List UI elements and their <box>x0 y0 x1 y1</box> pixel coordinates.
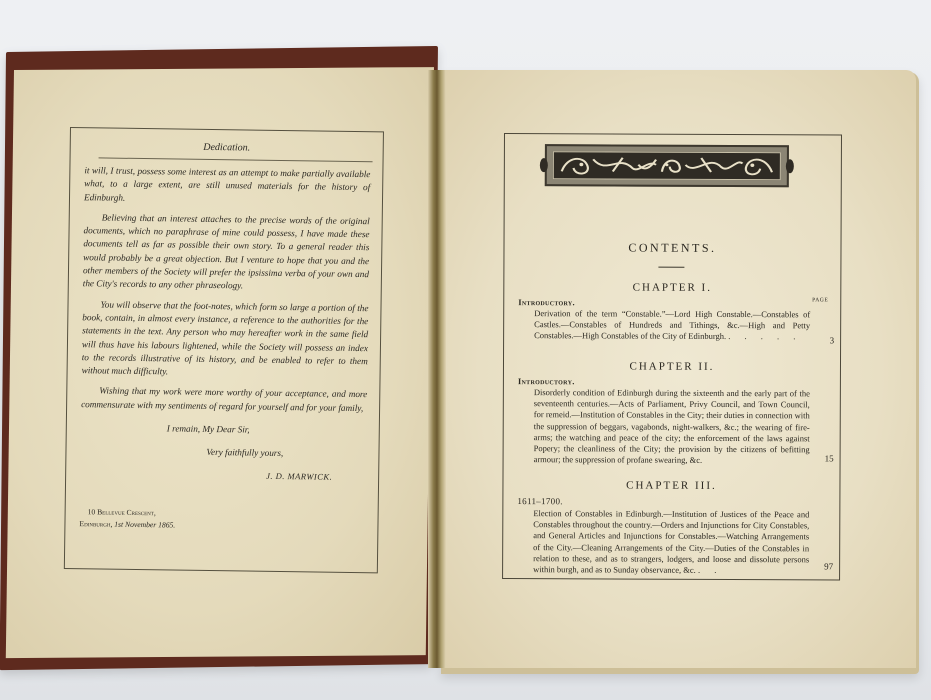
dedication-paragraph: You will observe that the foot-notes, wh… <box>82 298 369 382</box>
dedication-paragraph: Believing that an interest attaches to t… <box>83 211 370 295</box>
contents-title: CONTENTS. <box>504 240 840 256</box>
chapter-page-number: 15 <box>825 453 834 463</box>
headpiece-nub-left <box>540 158 548 172</box>
page-column-label: PAGE <box>812 297 828 303</box>
decorative-headpiece-icon <box>545 144 789 187</box>
chapter-summary: Election of Constables in Edinburgh.—Ins… <box>533 508 809 576</box>
address-place: Edinburgh, <box>79 519 114 528</box>
chapter-page-number: 97 <box>824 561 833 571</box>
dedication-frame: Dedication. it will, I trust, possess so… <box>64 127 384 573</box>
address-date: 1st November 1865. <box>114 520 175 530</box>
chapter-summary: Derivation of the term “Constable.”—Lord… <box>534 308 810 343</box>
chapter-heading: CHAPTER III. <box>503 479 839 492</box>
chapter-summary: Disorderly condition of Edinburgh during… <box>534 387 810 467</box>
chapter-section: 1611–1700. <box>517 496 562 506</box>
dot-leaders: . . <box>698 565 722 575</box>
headpiece-nub-right <box>786 159 794 173</box>
chapter-heading: CHAPTER I. <box>504 281 840 294</box>
headpiece-scrollwork <box>553 151 781 180</box>
dot-leaders: . . . . . <box>728 331 801 341</box>
closing-line: Very faithfully yours, <box>206 446 378 461</box>
signature: J. D. MARWICK. <box>266 470 378 485</box>
dedication-paragraph: it will, I trust, possess some interest … <box>84 164 371 208</box>
contents-frame: CONTENTS. CHAPTER I. Introductory. PAGE … <box>502 133 842 580</box>
address-block: 10 Bellevue Crescent, Edinburgh, 1st Nov… <box>87 506 377 534</box>
scrollwork-icon <box>554 152 780 179</box>
closing-line: I remain, My Dear Sir, <box>167 422 379 438</box>
chapter-page-number: 3 <box>830 335 835 345</box>
chapter-summary-text: Disorderly condition of Edinburgh during… <box>534 387 810 465</box>
chapter-summary-text: Election of Constables in Edinburgh.—Ins… <box>533 508 809 575</box>
chapter-section: Introductory. <box>518 297 575 307</box>
dedication-paragraph: Wishing that my work were more worthy of… <box>81 385 367 416</box>
dedication-heading: Dedication. <box>71 140 383 155</box>
book-spine-gutter <box>428 70 446 668</box>
chapter-heading: CHAPTER II. <box>504 360 840 373</box>
title-rule <box>658 267 684 268</box>
chapter-section: Introductory. <box>518 376 575 386</box>
heading-rule <box>99 157 373 162</box>
